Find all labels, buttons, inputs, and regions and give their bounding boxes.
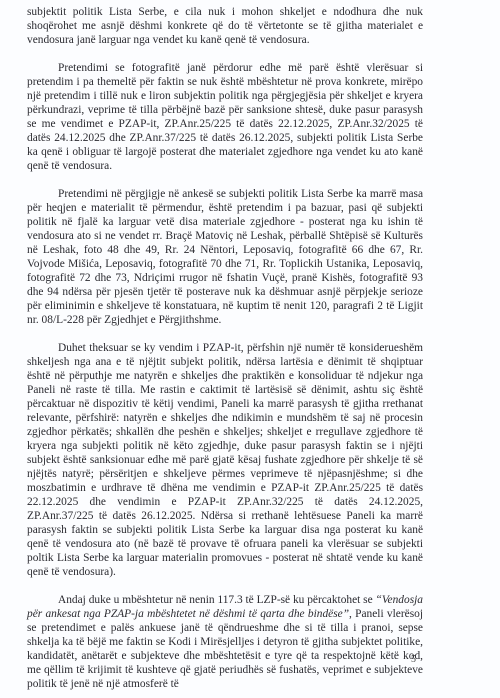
document-body: subjektit politik Lista Serbe, e cila nu…	[27, 5, 423, 698]
paragraph-photographs-claim: Pretendimi se fotografitë janë përdorur …	[27, 61, 423, 173]
paragraph-removal-claim: Pretendimi në përgjigje në ankesë se sub…	[27, 187, 423, 327]
paragraph-continuation: subjektit politik Lista Serbe, e cila nu…	[27, 5, 423, 47]
paragraph-conclusion: Andaj duke u mbështetur në nenin 117.3 t…	[27, 593, 423, 691]
conclusion-text-before: Andaj duke u mbështetur në nenin 117.3 t…	[58, 594, 376, 606]
conclusion-text-after: , Paneli vlerësoj se pretendimet e palës…	[27, 608, 423, 690]
paragraph-penalty-assessment: Duhet theksuar se ky vendim i PZAP-it, p…	[27, 341, 423, 579]
page-number: 5	[411, 654, 416, 665]
document-page: subjektit politik Lista Serbe, e cila nu…	[0, 0, 500, 698]
